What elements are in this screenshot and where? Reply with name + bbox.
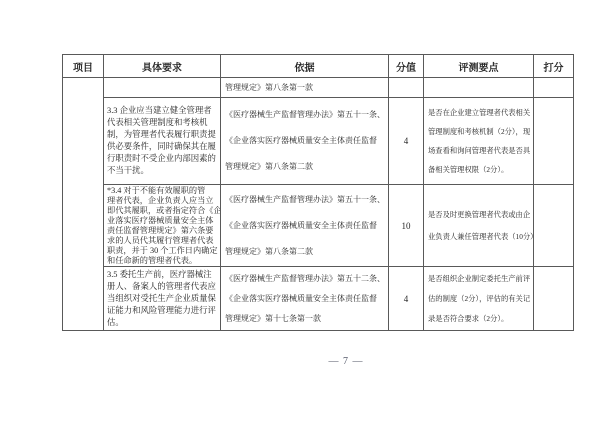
- points-cell: 是否在企业建立管理者代表相关 管理制度和考核机制（2分），现 场查看和询问管理者…: [424, 98, 534, 185]
- mark-cell: [534, 267, 574, 331]
- requirement-cell: 3.5 委托生产前，医疗器械注 册人、备案人的管理者代表应 当组织对受托生产企业…: [104, 267, 221, 331]
- basis-cell: 《医疗器械生产监督管理办法》第五十一条、 《企业落实医疗器械质量安全主体责任监督…: [221, 98, 389, 185]
- header-project: 项目: [63, 55, 104, 78]
- points-cell: 是否组织企业制定委托生产前评 估的制度（2分），评估的有关记 录是否符合要求（2…: [424, 267, 534, 331]
- basis-cell: 《医疗器械生产监督管理办法》第五十一条、 《企业落实医疗器械质量安全主体责任监督…: [221, 185, 389, 267]
- table-header-row: 项目 具体要求 依据 分值 评测要点 打分: [63, 55, 574, 78]
- project-cell: [63, 78, 104, 331]
- points-cell: 是否及时更换管理者代表或由企 业负责人兼任管理者代表（10分）。: [424, 185, 534, 267]
- table-row: 管理规定》第八条第一款: [63, 78, 574, 98]
- table-row: 3.3 企业应当建立健全管理者 代表相关管理制度和考核机 制，为管理者代表履行职…: [63, 98, 574, 185]
- table-row: 3.5 委托生产前，医疗器械注 册人、备案人的管理者代表应 当组织对受托生产企业…: [63, 267, 574, 331]
- points-cell: [424, 78, 534, 98]
- requirement-cell: [104, 78, 221, 98]
- document-page: 项目 具体要求 依据 分值 评测要点 打分 管理规定》第八条第一款 3.3 企业…: [0, 0, 600, 423]
- mark-cell: [534, 78, 574, 98]
- header-score: 分值: [389, 55, 424, 78]
- mark-cell: [534, 185, 574, 267]
- mark-cell: [534, 98, 574, 185]
- header-requirement: 具体要求: [104, 55, 221, 78]
- table-row: *3.4 对于不能有效履职的管 理者代表，企业负责人应当立 即代其履职，或者指定…: [63, 185, 574, 267]
- score-cell: [389, 78, 424, 98]
- requirement-cell: *3.4 对于不能有效履职的管 理者代表，企业负责人应当立 即代其履职，或者指定…: [104, 185, 221, 267]
- score-cell: 4: [389, 267, 424, 331]
- header-points: 评测要点: [424, 55, 534, 78]
- basis-cell: 管理规定》第八条第一款: [221, 78, 389, 98]
- page-number: — 7 —: [329, 356, 364, 367]
- evaluation-table: 项目 具体要求 依据 分值 评测要点 打分 管理规定》第八条第一款 3.3 企业…: [62, 54, 574, 331]
- header-basis: 依据: [221, 55, 389, 78]
- score-cell: 4: [389, 98, 424, 185]
- score-cell: 10: [389, 185, 424, 267]
- basis-cell: 《医疗器械生产监督管理办法》第五十二条、 《企业落实医疗器械质量安全主体责任监督…: [221, 267, 389, 331]
- header-mark: 打分: [534, 55, 574, 78]
- requirement-cell: 3.3 企业应当建立健全管理者 代表相关管理制度和考核机 制，为管理者代表履行职…: [104, 98, 221, 185]
